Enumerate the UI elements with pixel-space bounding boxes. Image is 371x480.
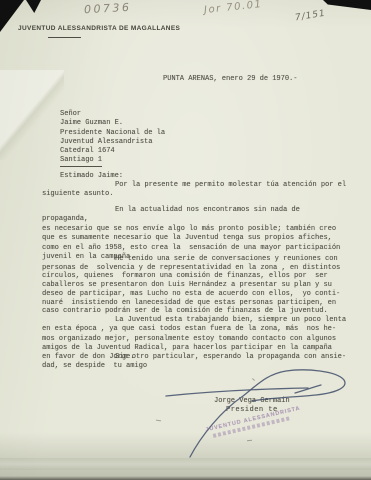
handwritten-archive-number: 00736 bbox=[84, 1, 132, 16]
paper-crease-bottom bbox=[0, 458, 371, 470]
paper-crease-left bbox=[0, 70, 64, 160]
recipient-line-org: Juventud Alessandrista bbox=[60, 138, 165, 147]
letterhead-underline bbox=[48, 37, 81, 38]
handwritten-folio-number: 7/151 bbox=[294, 9, 326, 24]
letterhead-organization: JUVENTUD ALESSANDRISTA DE MAGALLANES bbox=[18, 25, 180, 32]
recipient-line-name: Jaime Guzman E. bbox=[60, 119, 165, 128]
paragraph-comision-finanzas: He tenido una serie de conversaciones y … bbox=[42, 255, 347, 316]
recipient-city: Santiago 1 bbox=[60, 156, 102, 167]
handwritten-archive-code: Jor 70.01 bbox=[204, 0, 263, 16]
paragraph-closing: Sin otro particular, esperando la propag… bbox=[42, 353, 347, 371]
recipient-line-senor: Señor bbox=[60, 110, 165, 119]
scan-notch-artifact-top bbox=[26, 0, 41, 13]
scan-edge-shadow-bottom bbox=[0, 476, 371, 480]
paragraph-propaganda: En la actualidad nos encontramos sin nad… bbox=[42, 206, 347, 262]
salutation: Estimado Jaime: bbox=[60, 172, 123, 180]
signer-name: Jorge Vega Germain bbox=[214, 397, 290, 405]
paragraph-intro: Por la presente me permito molestar túa … bbox=[42, 181, 347, 199]
recipient-line-title: Presidente Nacional de la bbox=[60, 129, 165, 138]
dateline: PUNTA ARENAS, enero 29 de 1970.- bbox=[163, 75, 297, 83]
recipient-block: Señor Jaime Guzman E. Presidente Naciona… bbox=[60, 110, 165, 167]
pencil-speck bbox=[156, 420, 161, 422]
scan-corner-artifact-top-right bbox=[323, 0, 371, 10]
pencil-speck bbox=[247, 440, 252, 442]
pencil-speck bbox=[252, 378, 255, 381]
scanned-letter-page: 00736 Jor 70.01 7/151 JUVENTUD ALESSANDR… bbox=[0, 0, 371, 480]
